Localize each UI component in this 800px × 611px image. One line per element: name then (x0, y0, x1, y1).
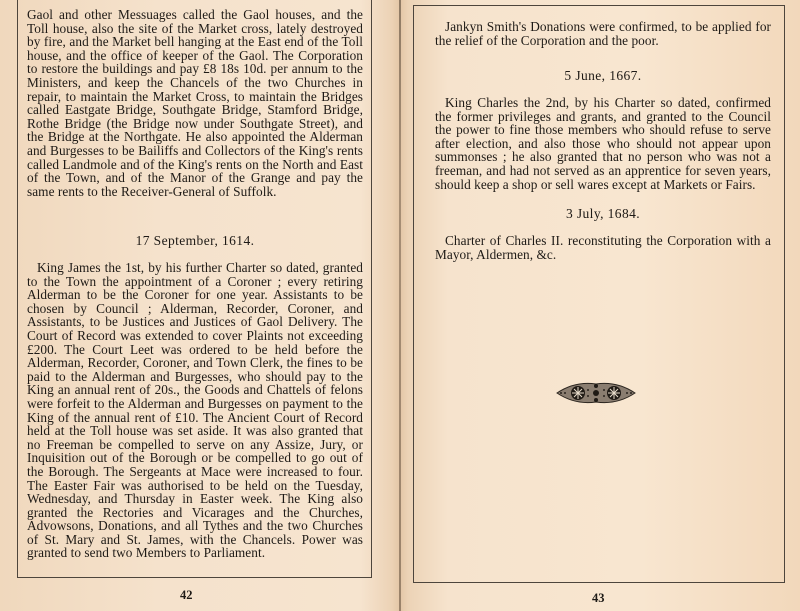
date-heading-1667: 5 June, 1667. (435, 68, 771, 84)
paragraph-text: Charter of Charles II. reconstituting th… (435, 234, 771, 261)
date-heading-1614: 17 September, 1614. (27, 233, 363, 249)
paragraph-text: King James the 1st, by his further Chart… (27, 261, 363, 560)
floral-tailpiece-ornament-icon (555, 378, 637, 408)
right-page-frame (413, 5, 785, 583)
paragraph-text: Jankyn Smith's Donations were confirmed,… (435, 20, 771, 47)
paragraph-text: Gaol and other Messuages called the Gaol… (27, 8, 363, 198)
right-page-paragraph-1: Jankyn Smith's Donations were confirmed,… (435, 20, 771, 47)
date-heading-1684: 3 July, 1684. (435, 206, 771, 222)
left-page-paragraph-2: King James the 1st, by his further Chart… (27, 261, 363, 560)
right-page-paragraph-2: King Charles the 2nd, by his Charter so … (435, 96, 771, 191)
right-page-paragraph-3: Charter of Charles II. reconstituting th… (435, 234, 771, 261)
paragraph-text: King Charles the 2nd, by his Charter so … (435, 96, 771, 191)
page-number-left: 42 (180, 588, 193, 603)
left-page-paragraph-1: Gaol and other Messuages called the Gaol… (27, 8, 363, 198)
page-number-right: 43 (592, 591, 605, 606)
book-gutter (399, 0, 401, 611)
